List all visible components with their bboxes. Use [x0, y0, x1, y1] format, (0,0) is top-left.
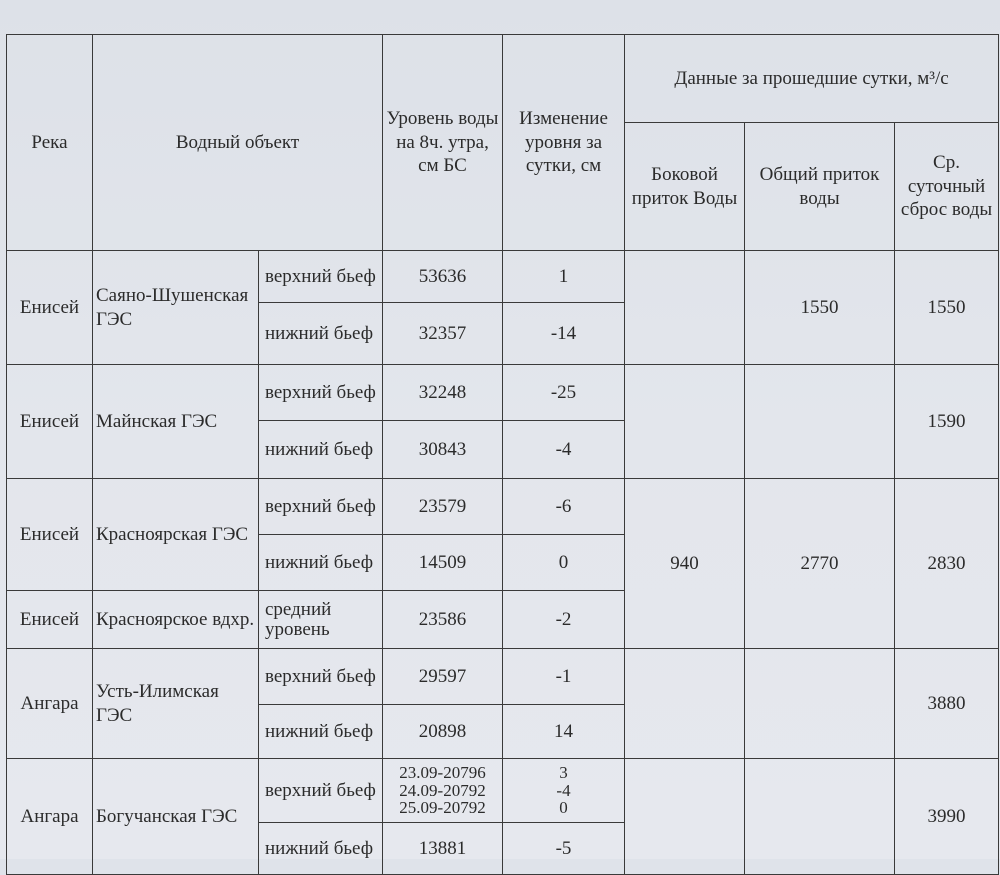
- cell-level: 14509: [383, 535, 503, 591]
- cell-object: Красноярская ГЭС: [93, 479, 259, 591]
- cell-change: -6: [503, 479, 625, 535]
- cell-change-multi: 3 -4 0: [503, 759, 625, 823]
- cell-part: верхний бьеф: [259, 251, 383, 303]
- cell-object: Красноярское вдхр.: [93, 591, 259, 649]
- cell-total-inflow: [745, 759, 895, 860]
- cell-level: 13881: [383, 823, 503, 860]
- cell-avg-discharge: 1550: [895, 251, 999, 365]
- header-river: Река: [7, 35, 93, 251]
- level-line: 25.09-20792: [386, 799, 499, 817]
- cell-lateral-inflow: [625, 649, 745, 759]
- cell-part: верхний бьеф: [259, 649, 383, 705]
- level-line: 23.09-20796: [386, 764, 499, 782]
- cell-level: 32248: [383, 365, 503, 421]
- cell-object: Усть-Илимская ГЭС: [93, 649, 259, 759]
- cell-object: Майнская ГЭС: [93, 365, 259, 479]
- cell-avg-discharge: 1590: [895, 365, 999, 479]
- cell-part: нижний бьеф: [259, 303, 383, 365]
- header-level: Уровень воды на 8ч. утра, см БС: [383, 35, 503, 251]
- cell-lateral-inflow: 940: [625, 479, 745, 649]
- cell-part: верхний бьеф: [259, 479, 383, 535]
- cell-river: Енисей: [7, 591, 93, 649]
- header-avg-discharge: Ср. суточный сброс воды: [895, 123, 999, 251]
- level-line: 24.09-20792: [386, 782, 499, 800]
- cell-part: верхний бьеф: [259, 365, 383, 421]
- change-line: -4: [506, 782, 621, 800]
- cell-level: 23586: [383, 591, 503, 649]
- cell-avg-discharge: 2830: [895, 479, 999, 649]
- cell-avg-discharge: 3990: [895, 759, 999, 860]
- header-total-inflow: Общий приток воды: [745, 123, 895, 251]
- cell-river: Ангара: [7, 649, 93, 759]
- cell-change: -2: [503, 591, 625, 649]
- cell-total-inflow: 2770: [745, 479, 895, 649]
- cell-change: 14: [503, 705, 625, 759]
- cell-part: верхний бьеф: [259, 759, 383, 823]
- header-lateral-inflow: Боковой приток Воды: [625, 123, 745, 251]
- water-level-table: Река Водный объект Уровень воды на 8ч. у…: [6, 34, 999, 859]
- cell-level: 29597: [383, 649, 503, 705]
- cell-change: -4: [503, 421, 625, 479]
- header-daily-data: Данные за прошедшие сутки, м³/с: [625, 35, 999, 123]
- cell-change: -5: [503, 823, 625, 860]
- cell-part: нижний бьеф: [259, 823, 383, 860]
- cell-lateral-inflow: [625, 759, 745, 860]
- cell-level: 53636: [383, 251, 503, 303]
- cell-lateral-inflow: [625, 251, 745, 365]
- change-line: 0: [506, 799, 621, 817]
- cell-river: Енисей: [7, 251, 93, 365]
- cell-object: Саяно-Шушенская ГЭС: [93, 251, 259, 365]
- change-line: 3: [506, 764, 621, 782]
- cell-total-inflow: 1550: [745, 251, 895, 365]
- cell-total-inflow: [745, 649, 895, 759]
- document-page: Река Водный объект Уровень воды на 8ч. у…: [0, 0, 1000, 859]
- cell-river: Енисей: [7, 479, 93, 591]
- cell-change: -25: [503, 365, 625, 421]
- cell-part: средний уровень: [259, 591, 383, 649]
- cell-object: Богучанская ГЭС: [93, 759, 259, 860]
- cell-level: 23579: [383, 479, 503, 535]
- cell-part: нижний бьеф: [259, 705, 383, 759]
- cell-part: нижний бьеф: [259, 535, 383, 591]
- cell-level-multi: 23.09-20796 24.09-20792 25.09-20792: [383, 759, 503, 823]
- cell-level: 30843: [383, 421, 503, 479]
- cell-lateral-inflow: [625, 365, 745, 479]
- cell-level: 20898: [383, 705, 503, 759]
- cell-change: -14: [503, 303, 625, 365]
- cell-change: 1: [503, 251, 625, 303]
- cell-change: -1: [503, 649, 625, 705]
- cell-avg-discharge: 3880: [895, 649, 999, 759]
- cell-total-inflow: [745, 365, 895, 479]
- cell-river: Енисей: [7, 365, 93, 479]
- header-level-change: Изменение уровня за сутки, см: [503, 35, 625, 251]
- cell-part: нижний бьеф: [259, 421, 383, 479]
- header-water-object: Водный объект: [93, 35, 383, 251]
- cell-river: Ангара: [7, 759, 93, 860]
- cell-change: 0: [503, 535, 625, 591]
- cell-level: 32357: [383, 303, 503, 365]
